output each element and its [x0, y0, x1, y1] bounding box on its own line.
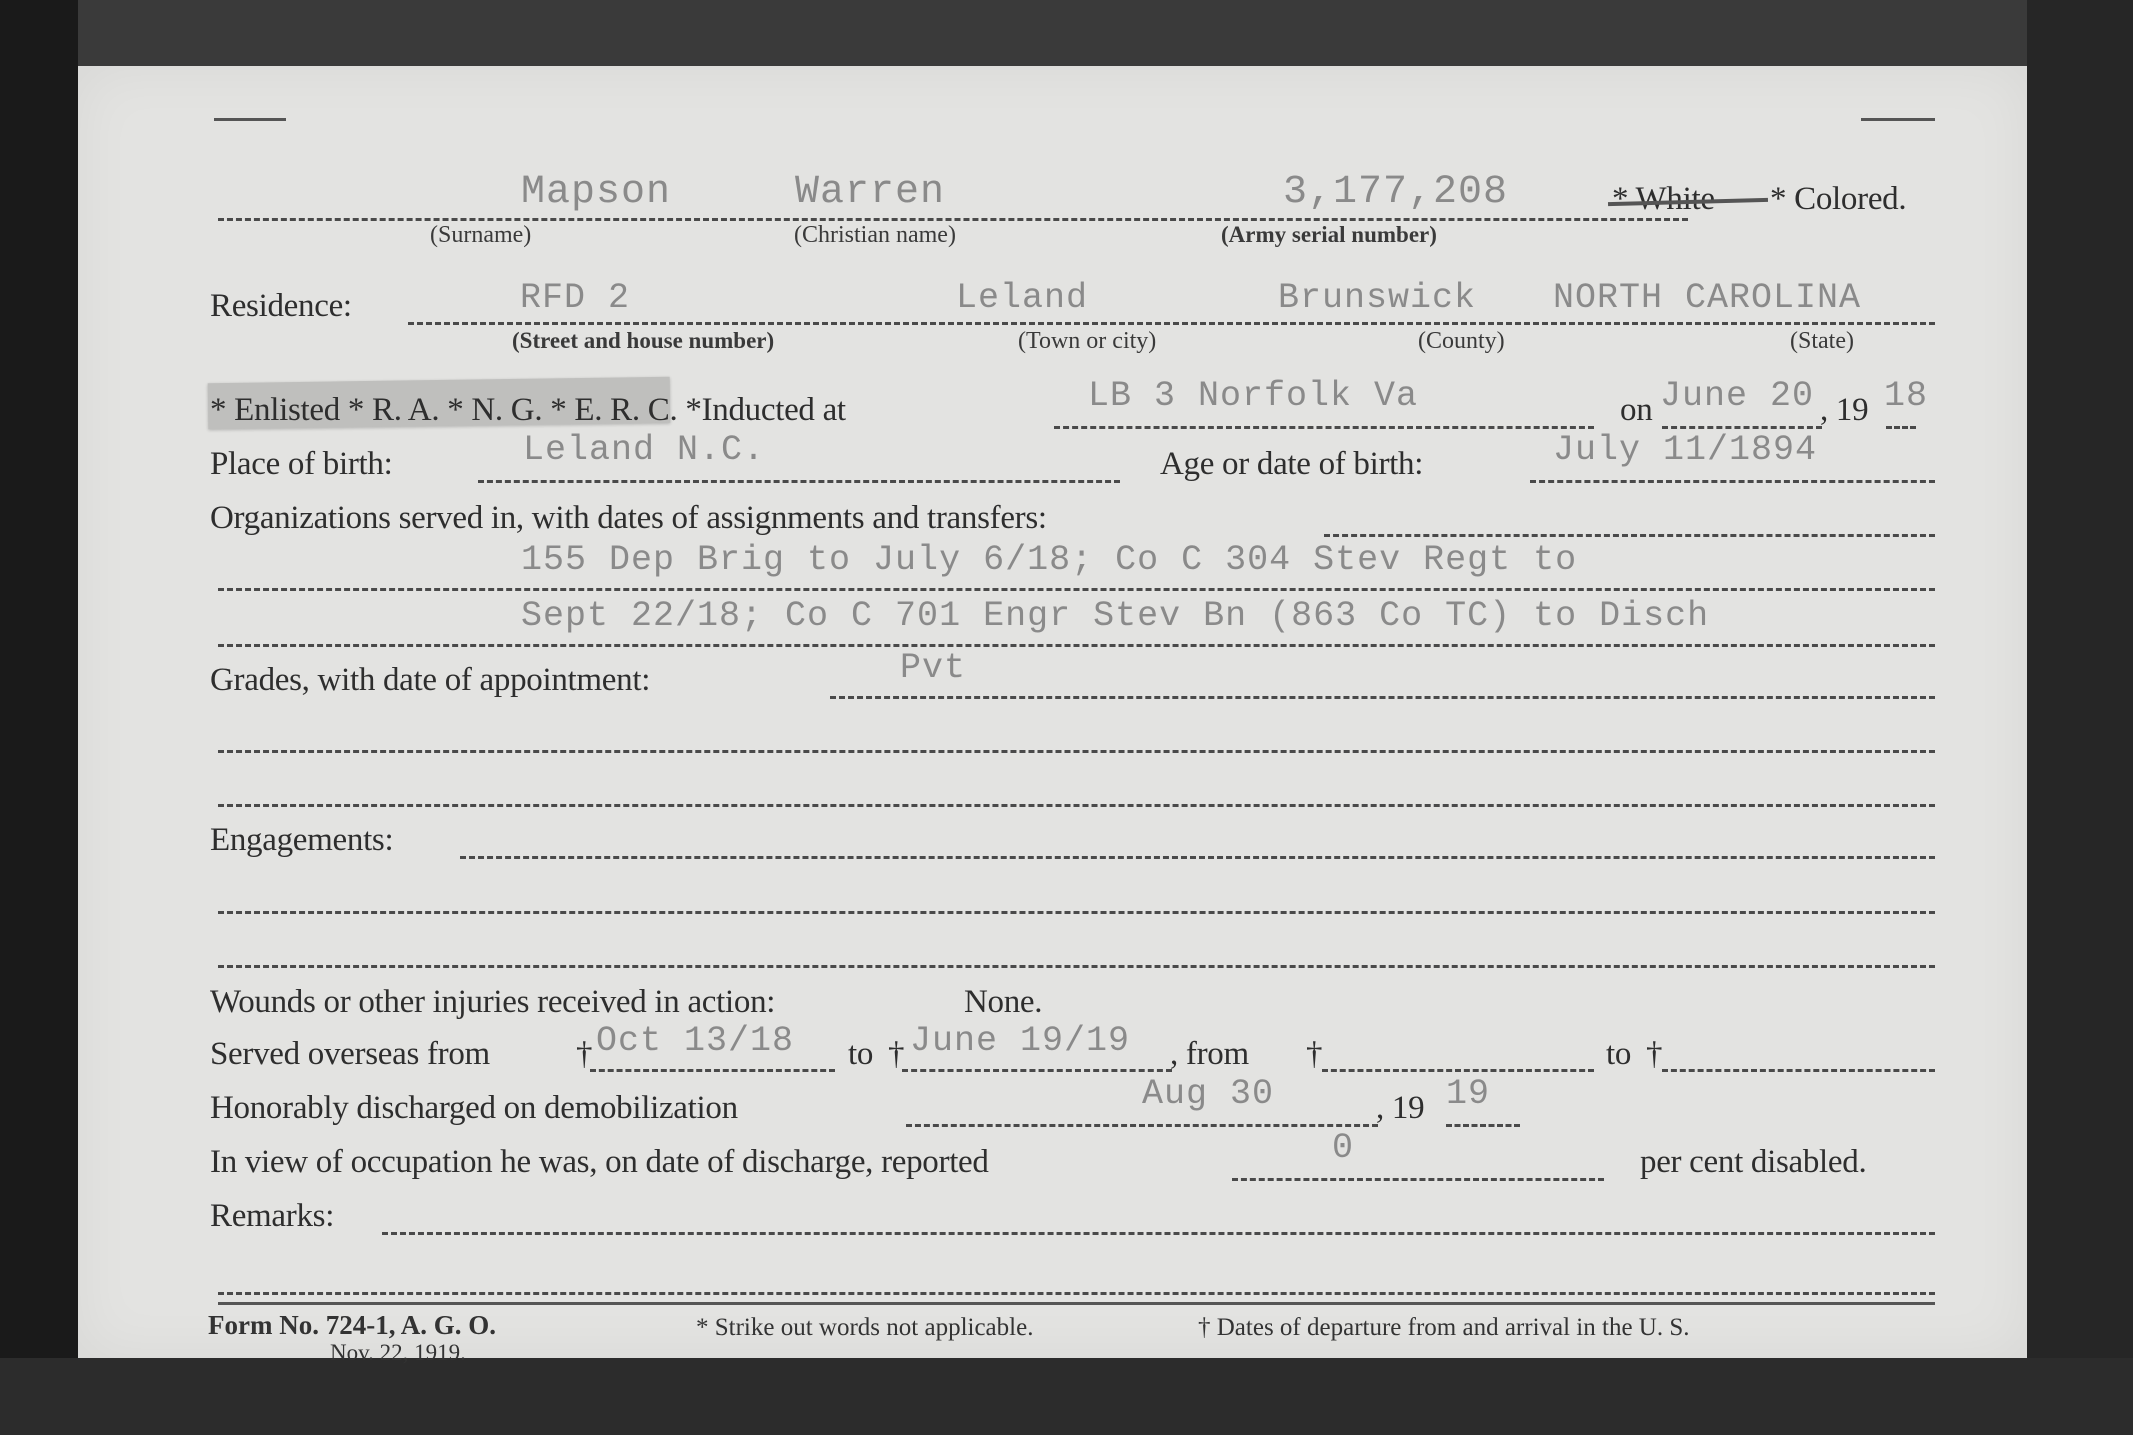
- place-of-birth-line: [478, 480, 1120, 483]
- place-of-birth-label: Place of birth:: [210, 446, 392, 483]
- wounds-label: Wounds or other injuries received in act…: [210, 984, 775, 1021]
- organizations-line-0: [1324, 534, 1935, 537]
- induction-date-value: June 20: [1660, 376, 1814, 416]
- top-right-rule: [1861, 118, 1935, 121]
- town-caption: (Town or city): [1018, 328, 1156, 355]
- organizations-line-1: [218, 588, 1935, 591]
- induction-year-value: 18: [1884, 376, 1928, 416]
- residence-street-value: RFD 2: [520, 278, 630, 318]
- induction-year-prefix: , 19: [1820, 392, 1868, 429]
- scan-background-left: [0, 0, 78, 1435]
- remarks-label: Remarks:: [210, 1198, 334, 1235]
- residence-label: Residence:: [210, 288, 352, 325]
- date-of-birth-line: [1530, 480, 1935, 483]
- disability-label: In view of occupation he was, on date of…: [210, 1144, 989, 1181]
- form-date: Nov. 22, 1919.: [330, 1340, 466, 1366]
- organizations-label: Organizations served in, with dates of a…: [210, 500, 1047, 537]
- discharge-date-line: [906, 1124, 1378, 1127]
- remarks-line-1: [382, 1232, 1935, 1235]
- state-caption: (State): [1790, 328, 1854, 355]
- overseas-from-label-2: , from: [1170, 1036, 1249, 1073]
- grades-line-3: [218, 804, 1935, 807]
- county-caption: (County): [1418, 328, 1505, 355]
- remarks-line-2: [218, 1292, 1935, 1295]
- overseas-to-line: [902, 1069, 1172, 1072]
- residence-county-value: Brunswick: [1278, 278, 1476, 318]
- overseas-from-line: [590, 1069, 835, 1072]
- engagements-label: Engagements:: [210, 822, 393, 859]
- discharge-year-line: [1446, 1124, 1520, 1127]
- grades-label: Grades, with date of appointment:: [210, 662, 650, 699]
- dagger-mark: †: [1306, 1036, 1322, 1073]
- dates-note: † Dates of departure from and arrival in…: [1198, 1314, 1690, 1342]
- date-of-birth-value: July 11/1894: [1553, 430, 1817, 470]
- scan-background-top: [78, 0, 2133, 66]
- organizations-line-2: [218, 644, 1935, 647]
- discharge-year-prefix: , 19: [1376, 1090, 1424, 1127]
- overseas-to-label: to: [848, 1036, 873, 1073]
- residence-state-value: NORTH CAROLINA: [1553, 278, 1861, 318]
- induction-year-line: [1886, 426, 1916, 429]
- residence-line: [408, 322, 1935, 325]
- overseas-to-line-2: [1662, 1069, 1935, 1072]
- street-caption: (Street and house number): [512, 328, 774, 354]
- dagger-mark: †: [1646, 1036, 1662, 1073]
- dagger-mark: †: [576, 1036, 592, 1073]
- wounds-value: None.: [964, 984, 1042, 1021]
- engagements-line-3: [218, 965, 1935, 968]
- residence-town-value: Leland: [956, 278, 1088, 318]
- disability-suffix: per cent disabled.: [1640, 1144, 1866, 1181]
- dagger-mark: †: [888, 1036, 904, 1073]
- surname-caption: (Surname): [430, 222, 531, 249]
- engagements-line-2: [218, 911, 1935, 914]
- overseas-to-label-2: to: [1606, 1036, 1631, 1073]
- christian-name-value: Warren: [795, 170, 945, 215]
- service-record-card: Mapson Warren 3,177,208 (Surname) (Chris…: [78, 66, 2027, 1358]
- date-of-birth-label: Age or date of birth:: [1160, 446, 1423, 483]
- grades-value: Pvt: [900, 648, 966, 688]
- overseas-to-value: June 19/19: [910, 1021, 1130, 1061]
- discharge-year-value: 19: [1446, 1074, 1490, 1114]
- strike-out-note: * Strike out words not applicable.: [696, 1314, 1033, 1342]
- induction-place-value: LB 3 Norfolk Va: [1088, 376, 1418, 416]
- grades-line-2: [218, 750, 1935, 753]
- disability-line: [1232, 1178, 1604, 1181]
- footer-rule: [218, 1302, 1935, 1305]
- engagements-line-1: [460, 856, 1935, 859]
- discharge-date-value: Aug 30: [1142, 1074, 1274, 1114]
- induction-place-line: [1054, 426, 1594, 429]
- army-serial-number-value: 3,177,208: [1283, 170, 1508, 215]
- place-of-birth-value: Leland N.C.: [523, 430, 765, 470]
- overseas-from-label: Served overseas from: [210, 1036, 490, 1073]
- induction-date-line: [1662, 426, 1822, 429]
- surname-value: Mapson: [521, 170, 671, 215]
- overseas-from-line-2: [1322, 1069, 1594, 1072]
- disability-percent-value: 0: [1332, 1128, 1354, 1168]
- discharge-label: Honorably discharged on demobilization: [210, 1090, 738, 1127]
- top-left-rule: [214, 118, 286, 121]
- induction-on-label: on: [1620, 392, 1652, 429]
- scan-background-right: [2027, 0, 2133, 1435]
- induction-options-label: * Enlisted * R. A. * N. G. * E. R. C. *I…: [210, 392, 846, 429]
- overseas-from-value: Oct 13/18: [596, 1021, 794, 1061]
- organization-entry: 155 Dep Brig to July 6/18; Co C 304 Stev…: [521, 540, 1577, 580]
- army-serial-caption: (Army serial number): [1221, 222, 1437, 248]
- organization-entry: Sept 22/18; Co C 701 Engr Stev Bn (863 C…: [521, 596, 1709, 636]
- grades-line: [830, 696, 1935, 699]
- form-number: Form No. 724-1, A. G. O.: [208, 1310, 496, 1341]
- scan-background-bottom: [0, 1358, 2133, 1435]
- race-option-colored: * Colored.: [1770, 181, 1906, 218]
- christian-name-caption: (Christian name): [794, 222, 956, 249]
- name-line: [218, 218, 1688, 221]
